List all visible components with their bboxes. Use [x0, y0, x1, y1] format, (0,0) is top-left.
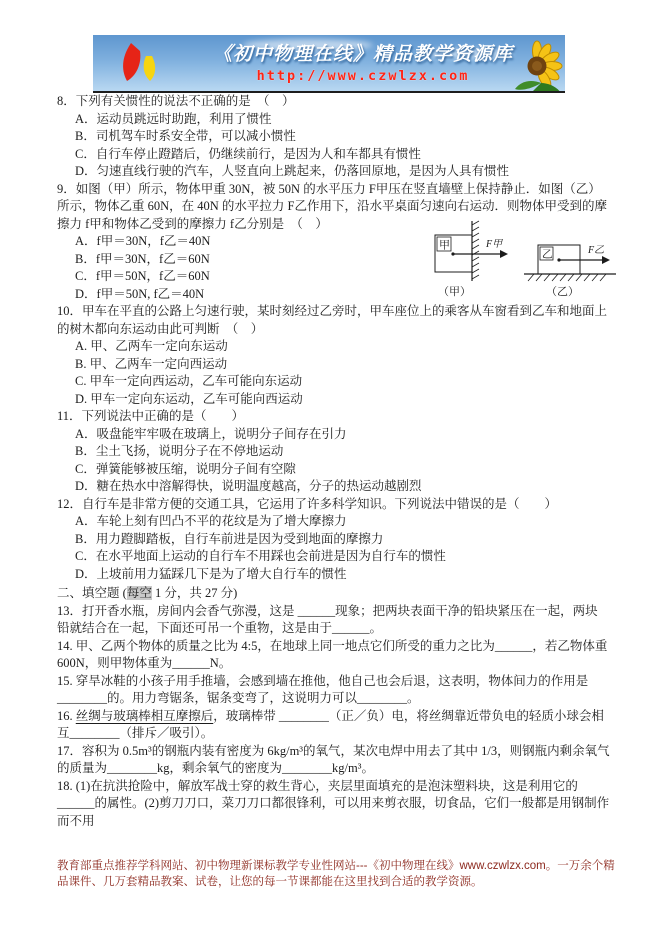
- section-2-header: 二、填空题 (每空 1 分，共 27 分): [57, 585, 610, 603]
- question-11: 11．下列说法中正确的是（ ） A．吸盘能牢牢吸在玻璃上，说明分子间存在引力 B…: [57, 408, 610, 496]
- question-option: D．糖在热水中溶解得快，说明温度越高，分子的热运动越剧烈: [75, 478, 610, 496]
- fill-question-16: 16. 丝绸与玻璃棒相互摩擦后，玻璃棒带 ________（正／负）电，将丝绸靠…: [57, 708, 610, 743]
- question-number: 12．: [57, 497, 82, 511]
- options-list: A．吸盘能牢牢吸在玻璃上，说明分子间存在引力 B．尘土飞扬，说明分子在不停地运动…: [57, 426, 610, 496]
- note-highlight: 每空: [127, 586, 152, 600]
- question-stem: 10．甲车在平直的公路上匀速行驶，某时刻经过乙旁时，甲车座位上的乘客从车窗看到乙…: [57, 303, 610, 338]
- figure-jia-caption: （甲）: [438, 285, 471, 298]
- question-option: D．上坡前用力猛踩几下是为了增大自行车的惯性: [75, 566, 610, 584]
- fill-text: 打开香水瓶，房间内会香气弥漫，这是 ______现象；把两块表面干净的铅块紧压在…: [57, 604, 598, 636]
- site-logo-icon: [115, 41, 167, 85]
- question-number: 17．: [57, 744, 82, 758]
- question-option: C．弹簧能够被压缩，说明分子间有空隙: [75, 461, 610, 479]
- section-title: 二、填空题: [57, 586, 120, 600]
- question-option: B．司机驾车时系安全带，可以减小惯性: [75, 128, 610, 146]
- fill-question-18: 18. (1)在抗洪抢险中，解放军战士穿的救生背心，夹层里面填充的是泡沫塑料块，…: [57, 778, 610, 831]
- question-option: D. 甲车一定向东运动，乙车可能向西运动: [75, 391, 610, 409]
- stem-text: 自行车是非常方便的交通工具，它运用了许多科学知识。下列说法中错误的是（ ）: [82, 497, 557, 511]
- figure-yi-caption: （乙）: [546, 285, 579, 298]
- fill-question-13: 13．打开香水瓶，房间内会香气弥漫，这是 ______现象；把两块表面干净的铅块…: [57, 603, 610, 638]
- question-option: D．匀速直线行驶的汽车，人竖直向上跳起来，仍落回原地，是因为人具有惯性: [75, 163, 610, 181]
- question-9: 9．如图（甲）所示，物体甲重 30N，被 50N 的水平压力 F甲压在竖直墙壁上…: [57, 181, 610, 304]
- banner-text-block: 《初中物理在线》精品教学资源库 http://www.czwlzx.com: [213, 39, 513, 84]
- question-number: 9．: [57, 182, 76, 196]
- fill-text: 甲、乙两个物体的质量之比为 4:5，在地球上同一地点它们所受的重力之比为____…: [57, 639, 607, 671]
- question-number: 15.: [57, 674, 73, 688]
- fill-text: 容积为 0.5m³的钢瓶内装有密度为 6kg/m³的氧气，某次电焊中用去了其中 …: [57, 744, 610, 776]
- question-number: 18.: [57, 779, 73, 793]
- site-footer: 教育部重点推荐学科网站、初中物理新课标教学专业性网站---《初中物理在线》www…: [57, 858, 617, 890]
- fill-question-17: 17．容积为 0.5m³的钢瓶内装有密度为 6kg/m³的氧气，某次电焊中用去了…: [57, 743, 610, 778]
- force-yi-label: F乙: [587, 245, 604, 256]
- options-list: A．f甲＝30N，f乙＝40N B．f甲＝30N，f乙＝60N C．f甲＝50N…: [57, 233, 610, 303]
- fill-question-14: 14. 甲、乙两个物体的质量之比为 4:5，在地球上同一地点它们所受的重力之比为…: [57, 638, 610, 673]
- block-yi-label: 乙: [542, 249, 553, 261]
- question-number: 13．: [57, 604, 82, 618]
- question-9-figure: 甲 F甲 （甲）: [420, 219, 620, 299]
- exam-body: 8．下列有关惯性的说法不正确的是 （ ） A．运动员跳远时助跑，利用了惯性 B．…: [57, 93, 610, 830]
- question-option: A．车轮上刻有凹凸不平的花纹是为了增大摩擦力: [75, 513, 610, 531]
- underlined-phrase: 丝绸与玻璃棒相互摩擦后: [76, 709, 214, 723]
- stem-text: 甲车在平直的公路上匀速行驶，某时刻经过乙旁时，甲车座位上的乘客从车窗看到乙车和地…: [57, 304, 607, 336]
- question-option: C．自行车停止蹬踏后，仍继续前行，是因为人和车都具有惯性: [75, 146, 610, 164]
- question-option: A. 甲、乙两车一定向东运动: [75, 338, 610, 356]
- site-title: 《初中物理在线》精品教学资源库: [213, 39, 513, 66]
- site-banner[interactable]: 《初中物理在线》精品教学资源库 http://www.czwlzx.com: [93, 35, 565, 93]
- question-stem: 8．下列有关惯性的说法不正确的是 （ ）: [57, 93, 610, 111]
- question-8: 8．下列有关惯性的说法不正确的是 （ ） A．运动员跳远时助跑，利用了惯性 B．…: [57, 93, 610, 181]
- question-option: A．运动员跳远时助跑，利用了惯性: [75, 111, 610, 129]
- options-list: A. 甲、乙两车一定向东运动 B. 甲、乙两车一定向西运动 C. 甲车一定向西运…: [57, 338, 610, 408]
- footer-text: 教育部重点推荐学科网站、初中物理新课标教学专业性网站---《初中物理在线》www…: [57, 860, 615, 888]
- question-option: B．尘土飞扬，说明分子在不停地运动: [75, 443, 610, 461]
- question-number: 11．: [57, 409, 82, 423]
- question-stem: 12．自行车是非常方便的交通工具，它运用了许多科学知识。下列说法中错误的是（ ）: [57, 496, 610, 514]
- question-number: 16.: [57, 709, 73, 723]
- stem-text: 下列说法中正确的是（ ）: [82, 409, 245, 423]
- site-url-link[interactable]: http://www.czwlzx.com: [213, 68, 513, 84]
- block-jia-label: 甲: [439, 239, 450, 252]
- question-10: 10．甲车在平直的公路上匀速行驶，某时刻经过乙旁时，甲车座位上的乘客从车窗看到乙…: [57, 303, 610, 408]
- question-option: B．用力蹬脚踏板，自行车前进是因为受到地面的摩擦力: [75, 531, 610, 549]
- question-number: 10．: [57, 304, 82, 318]
- fill-text: 穿旱冰鞋的小孩子用手推墙，会感到墙在推他，他自己也会后退，这表明，物体间力的作用…: [57, 674, 588, 706]
- question-option: C. 甲车一定向西运动，乙车可能向东运动: [75, 373, 610, 391]
- options-list: A．车轮上刻有凹凸不平的花纹是为了增大摩擦力 B．用力蹬脚踏板，自行车前进是因为…: [57, 513, 610, 583]
- force-jia-label: F甲: [485, 238, 503, 250]
- question-option: C．在水平地面上运动的自行车不用踩也会前进是因为自行车的惯性: [75, 548, 610, 566]
- question-number: 8．: [57, 94, 76, 108]
- options-list: A．运动员跳远时助跑，利用了惯性 B．司机驾车时系安全带，可以减小惯性 C．自行…: [57, 111, 610, 181]
- question-number: 14.: [57, 639, 73, 653]
- question-12: 12．自行车是非常方便的交通工具，它运用了许多科学知识。下列说法中错误的是（ ）…: [57, 496, 610, 584]
- exam-page: 《初中物理在线》精品教学资源库 http://www.czwlzx.com 8．…: [0, 0, 661, 936]
- fill-question-15: 15. 穿旱冰鞋的小孩子用手推墙，会感到墙在推他，他自己也会后退，这表明，物体间…: [57, 673, 610, 708]
- question-option: B. 甲、乙两车一定向西运动: [75, 356, 610, 374]
- sunflower-image: [501, 39, 563, 93]
- fill-text: (1)在抗洪抢险中，解放军战士穿的救生背心，夹层里面填充的是泡沫塑料块，这是利用…: [57, 779, 609, 828]
- question-stem: 11．下列说法中正确的是（ ）: [57, 408, 610, 426]
- section-note: (每空 1 分，共 27 分): [123, 586, 238, 600]
- stem-text: 下列有关惯性的说法不正确的是 （ ）: [76, 94, 295, 108]
- note-rest: 1 分，共 27 分): [152, 586, 237, 600]
- question-option: A．吸盘能牢牢吸在玻璃上，说明分子间存在引力: [75, 426, 610, 444]
